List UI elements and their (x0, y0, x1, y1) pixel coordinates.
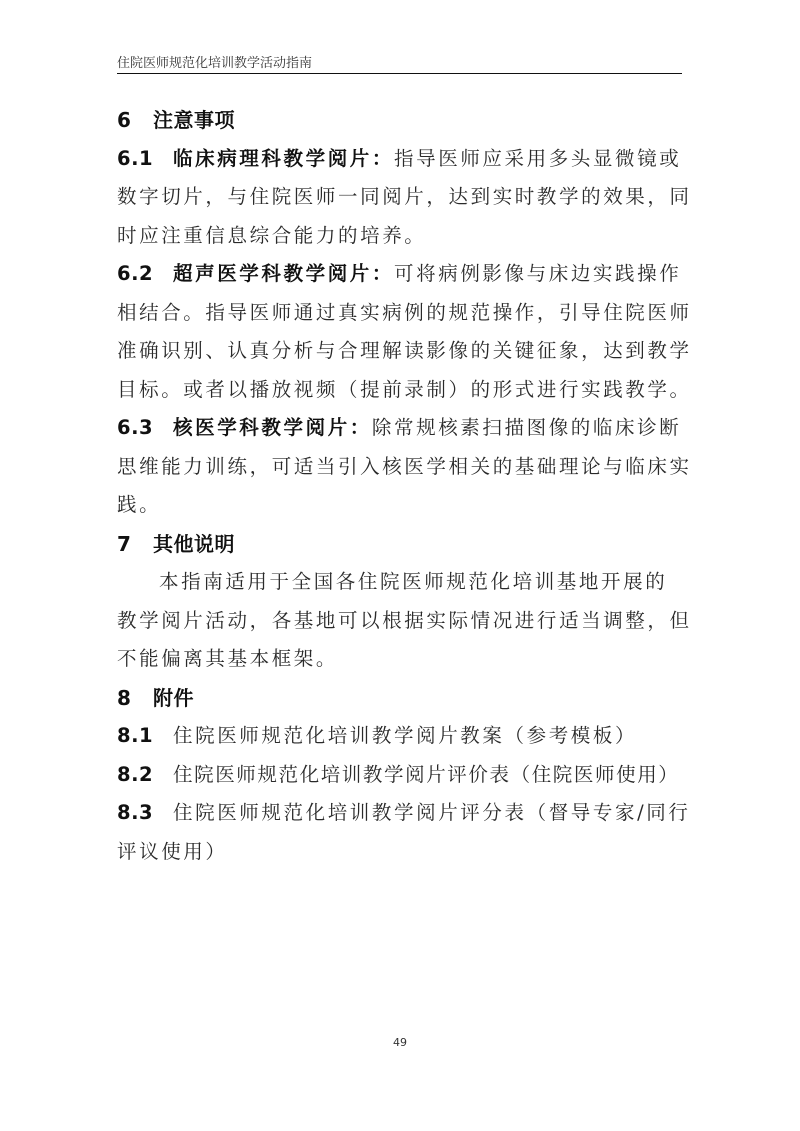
item-text-line: 数字切片，与住院医师一同阅片，达到实时教学的效果，同 (117, 178, 682, 217)
item-text-line: 准确识别、认真分析与合理解读影像的关键征象，达到教学 (117, 332, 682, 371)
item-6-2: 6.2超声医学科教学阅片：可将病例影像与床边实践操作 (117, 255, 682, 294)
item-lead: 超声医学科教学阅片： (173, 262, 394, 285)
item-6-1: 6.1临床病理科教学阅片：指导医师应采用多头显微镜或 (117, 140, 682, 179)
section-7-heading: 7其他说明 (117, 525, 682, 564)
item-text: 可将病例影像与床边实践操作 (394, 262, 681, 285)
item-text: 指导医师应采用多头显微镜或 (394, 147, 681, 170)
item-text-line: 思维能力训练，可适当引入核医学相关的基础理论与临床实 (117, 448, 682, 487)
header-rule (117, 73, 682, 74)
page-number: 49 (0, 1036, 800, 1049)
item-lead: 临床病理科教学阅片： (173, 147, 394, 170)
section-title: 附件 (153, 686, 194, 710)
attachment-8-3: 8.3住院医师规范化培训教学阅片评分表（督导专家/同行 (117, 794, 682, 833)
paragraph-line: 教学阅片活动，各基地可以根据实际情况进行适当调整，但 (117, 602, 682, 641)
attachment-8-1: 8.1住院医师规范化培训教学阅片教案（参考模板） (117, 717, 682, 756)
section-6-heading: 6注意事项 (117, 101, 682, 140)
item-text-line: 相结合。指导医师通过真实病例的规范操作，引导住院医师 (117, 294, 682, 333)
attachment-title: 住院医师规范化培训教学阅片评分表（督导专家/同行 (173, 801, 690, 824)
section-title: 注意事项 (153, 108, 235, 132)
attachment-title: 住院医师规范化培训教学阅片教案（参考模板） (173, 724, 637, 747)
attachment-8-2: 8.2住院医师规范化培训教学阅片评价表（住院医师使用） (117, 756, 682, 795)
section-number: 6 (117, 101, 153, 140)
section-number: 7 (117, 525, 153, 564)
item-number: 8.2 (117, 756, 173, 795)
attachment-title-continued: 评议使用） (117, 833, 682, 872)
item-text: 除常规核素扫描图像的临床诊断 (372, 416, 681, 439)
item-lead: 核医学科教学阅片： (173, 416, 372, 439)
item-number: 6.3 (117, 409, 173, 448)
item-text-line: 践。 (117, 486, 682, 525)
section-title: 其他说明 (153, 532, 235, 556)
item-number: 6.1 (117, 140, 173, 179)
item-number: 8.1 (117, 717, 173, 756)
section-8-heading: 8附件 (117, 679, 682, 718)
item-text-line: 目标。或者以播放视频（提前录制）的形式进行实践教学。 (117, 371, 682, 410)
page-body: 6注意事项 6.1临床病理科教学阅片：指导医师应采用多头显微镜或 数字切片，与住… (117, 101, 682, 871)
item-text-line: 时应注重信息综合能力的培养。 (117, 217, 682, 256)
section-number: 8 (117, 679, 153, 718)
item-6-3: 6.3核医学科教学阅片：除常规核素扫描图像的临床诊断 (117, 409, 682, 448)
running-header: 住院医师规范化培训教学活动指南 (117, 52, 312, 71)
item-number: 6.2 (117, 255, 173, 294)
item-number: 8.3 (117, 794, 173, 833)
attachment-title: 住院医师规范化培训教学阅片评价表（住院医师使用） (173, 763, 679, 786)
paragraph-line: 不能偏离其基本框架。 (117, 640, 682, 679)
paragraph-line: 本指南适用于全国各住院医师规范化培训基地开展的 (117, 563, 682, 602)
